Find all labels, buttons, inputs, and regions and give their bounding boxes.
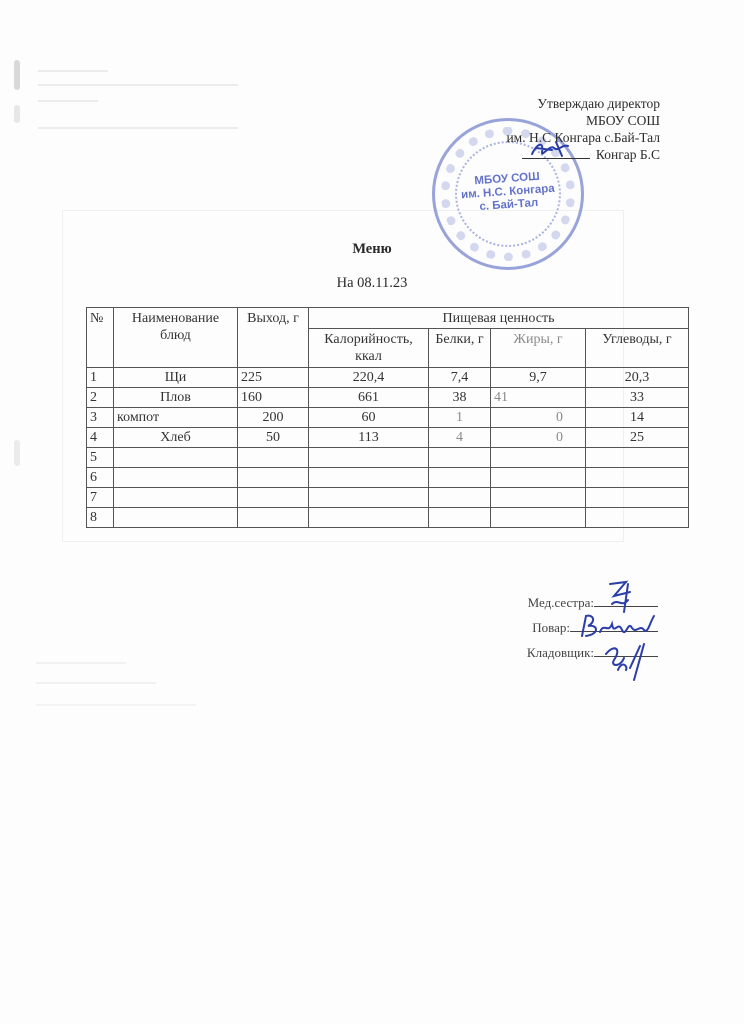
dish-protein [429, 488, 491, 508]
dish-fat [491, 468, 586, 488]
dish-output: 160 [238, 388, 309, 408]
approval-line-2: МБОУ СОШ [506, 112, 660, 129]
dish-output [238, 508, 309, 528]
dish-carbs: 20,3 [586, 368, 689, 388]
cook-label: Повар: [532, 620, 570, 635]
dish-carbs [586, 488, 689, 508]
cook-signature-line [570, 631, 658, 632]
dish-fat: 9,7 [491, 368, 586, 388]
dish-name [114, 488, 238, 508]
dish-kcal [309, 468, 429, 488]
dish-fat [491, 488, 586, 508]
table-row: 8 [87, 508, 689, 528]
dish-carbs [586, 508, 689, 528]
storekeeper-signature-line [594, 656, 658, 657]
dish-protein [429, 468, 491, 488]
dish-protein: 7,4 [429, 368, 491, 388]
row-num: 5 [87, 448, 114, 468]
nurse-label: Мед.сестра: [528, 595, 594, 610]
row-num: 8 [87, 508, 114, 528]
scan-smudge [14, 440, 20, 466]
dish-protein: 4 [429, 428, 491, 448]
bleed-through-mark [36, 682, 156, 684]
row-num: 4 [87, 428, 114, 448]
director-signature-line [522, 158, 590, 159]
row-num: 2 [87, 388, 114, 408]
dish-carbs [586, 468, 689, 488]
signatures-block: Мед.сестра: Повар: Кладовщик: [527, 592, 658, 667]
scan-smudge [14, 105, 20, 123]
table-row: 7 [87, 488, 689, 508]
approval-signer-row: Конгар Б.С [506, 146, 660, 163]
row-num: 1 [87, 368, 114, 388]
bleed-through-mark [36, 662, 126, 664]
dish-output [238, 448, 309, 468]
dish-kcal [309, 488, 429, 508]
dish-output [238, 488, 309, 508]
dish-kcal: 661 [309, 388, 429, 408]
table-row: 3компот200601014 [87, 408, 689, 428]
dish-protein: 1 [429, 408, 491, 428]
approval-line-1: Утверждаю директор [506, 95, 660, 112]
bleed-through-mark [38, 70, 108, 72]
bleed-through-mark [38, 100, 98, 102]
dish-kcal [309, 508, 429, 528]
dish-name: компот [114, 408, 238, 428]
table-row: 6 [87, 468, 689, 488]
dish-output: 200 [238, 408, 309, 428]
dish-carbs [586, 448, 689, 468]
row-num: 3 [87, 408, 114, 428]
approval-block: Утверждаю директор МБОУ СОШ им. Н.С Конг… [506, 95, 660, 163]
dish-name: Щи [114, 368, 238, 388]
approval-signer: Конгар Б.С [596, 147, 660, 162]
dish-name [114, 508, 238, 528]
header-output: Выход, г [238, 308, 309, 368]
dish-carbs: 33 [586, 388, 689, 408]
dish-output: 225 [238, 368, 309, 388]
header-num: № [87, 308, 114, 368]
storekeeper-label: Кладовщик: [527, 645, 594, 660]
dish-carbs: 14 [586, 408, 689, 428]
dish-protein: 38 [429, 388, 491, 408]
header-fat: Жиры, г [491, 329, 586, 368]
dish-fat [491, 448, 586, 468]
header-nutrition-group: Пищевая ценность [309, 308, 689, 329]
table-row: 4Хлеб501134025 [87, 428, 689, 448]
header-carbs: Углеводы, г [586, 329, 689, 368]
storekeeper-signature-row: Кладовщик: [527, 642, 658, 667]
document-title: Меню [0, 241, 744, 258]
dish-fat [491, 508, 586, 528]
dish-protein [429, 508, 491, 528]
dish-kcal [309, 448, 429, 468]
header-kcal: Калорийность, ккал [309, 329, 429, 368]
cook-signature-row: Повар: [527, 617, 658, 642]
dish-name [114, 448, 238, 468]
bleed-through-mark [38, 127, 238, 129]
dish-name: Плов [114, 388, 238, 408]
header-dish-name: Наименование блюд [114, 308, 238, 368]
dish-kcal: 113 [309, 428, 429, 448]
nurse-signature-row: Мед.сестра: [527, 592, 658, 617]
dish-protein [429, 448, 491, 468]
dish-output [238, 468, 309, 488]
menu-table: № Наименование блюд Выход, г Пищевая цен… [86, 307, 689, 528]
dish-name [114, 468, 238, 488]
header-protein: Белки, г [429, 329, 491, 368]
dish-fat: 0 [491, 428, 586, 448]
dish-fat: 0 [491, 408, 586, 428]
document-date: На 08.11.23 [0, 275, 744, 292]
nurse-signature-line [594, 606, 658, 607]
dish-output: 50 [238, 428, 309, 448]
table-row: 1Щи225220,47,49,720,3 [87, 368, 689, 388]
row-num: 7 [87, 488, 114, 508]
bleed-through-mark [38, 84, 238, 86]
dish-kcal: 60 [309, 408, 429, 428]
table-row: 5 [87, 448, 689, 468]
approval-line-3: им. Н.С Конгара с.Бай-Тал [506, 129, 660, 146]
row-num: 6 [87, 468, 114, 488]
bleed-through-mark [36, 704, 196, 706]
dish-carbs: 25 [586, 428, 689, 448]
scan-smudge [14, 60, 20, 90]
table-row: 2Плов160661384133 [87, 388, 689, 408]
dish-fat: 41 [491, 388, 586, 408]
dish-name: Хлеб [114, 428, 238, 448]
dish-kcal: 220,4 [309, 368, 429, 388]
